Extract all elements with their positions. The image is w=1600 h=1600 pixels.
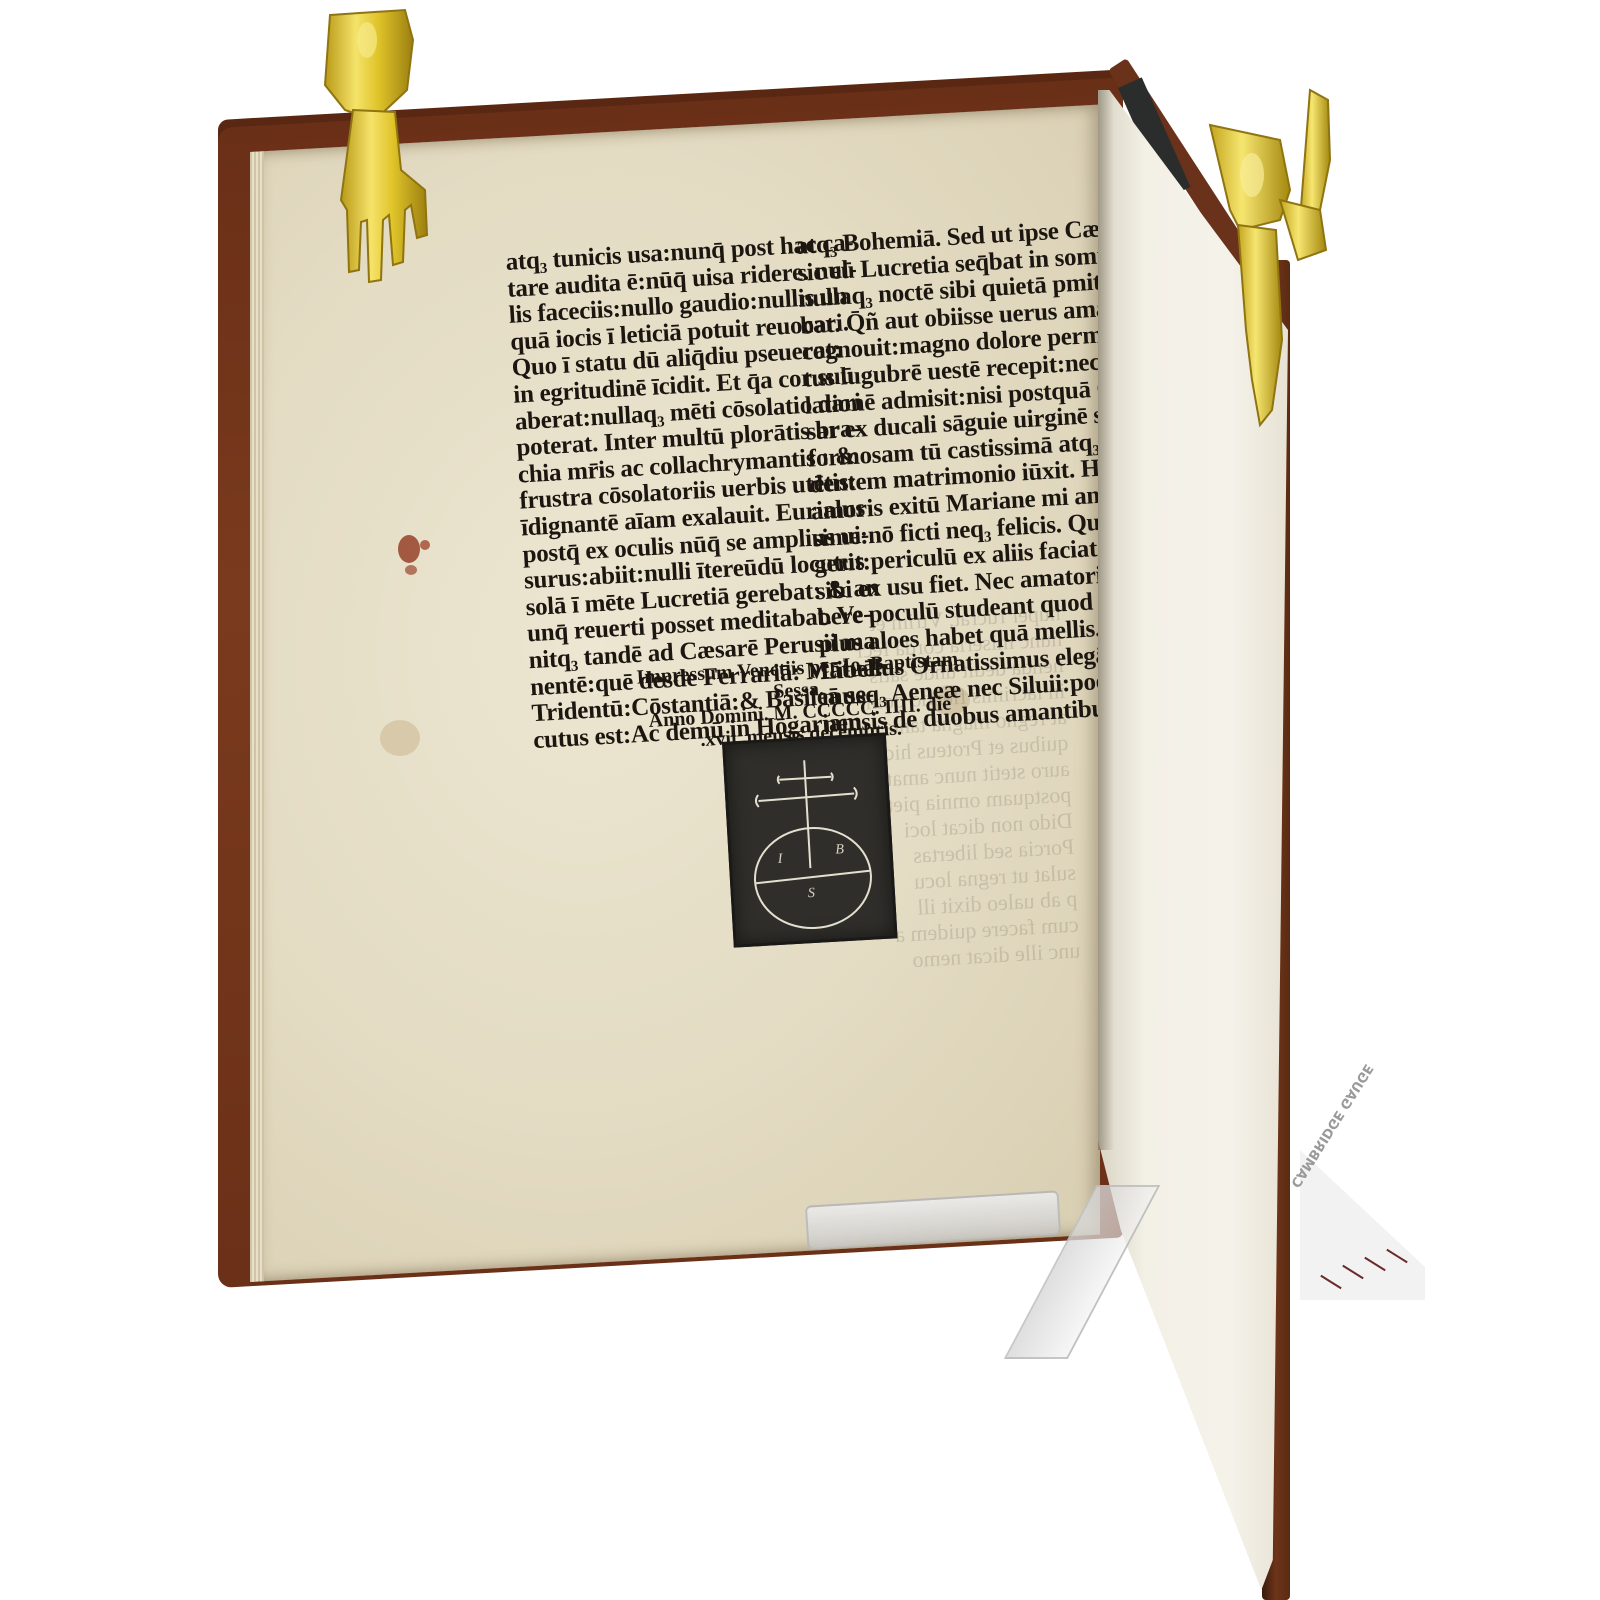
red-stain [405, 565, 417, 575]
mark-letter-b: B [835, 842, 844, 858]
red-stain [398, 535, 420, 563]
brass-hand-clip-right-icon [1180, 80, 1340, 440]
mark-letter-i: I [777, 852, 783, 868]
book-photograph: nuper rucrat. Vtrim et nunc miseria cord… [0, 0, 1600, 1600]
brass-hand-clip-left-icon [305, 0, 440, 300]
red-stain [420, 540, 430, 550]
mark-letter-s: S [807, 886, 815, 902]
printers-mark-woodcut: I B S [722, 733, 898, 948]
orb-and-cross-icon [725, 736, 894, 945]
foxing-stain [380, 720, 420, 756]
page-edges [250, 151, 264, 1282]
gutter-shadow [1098, 90, 1114, 1150]
gauge-label: CAMBRIDGE GAUGE [1287, 1061, 1375, 1190]
